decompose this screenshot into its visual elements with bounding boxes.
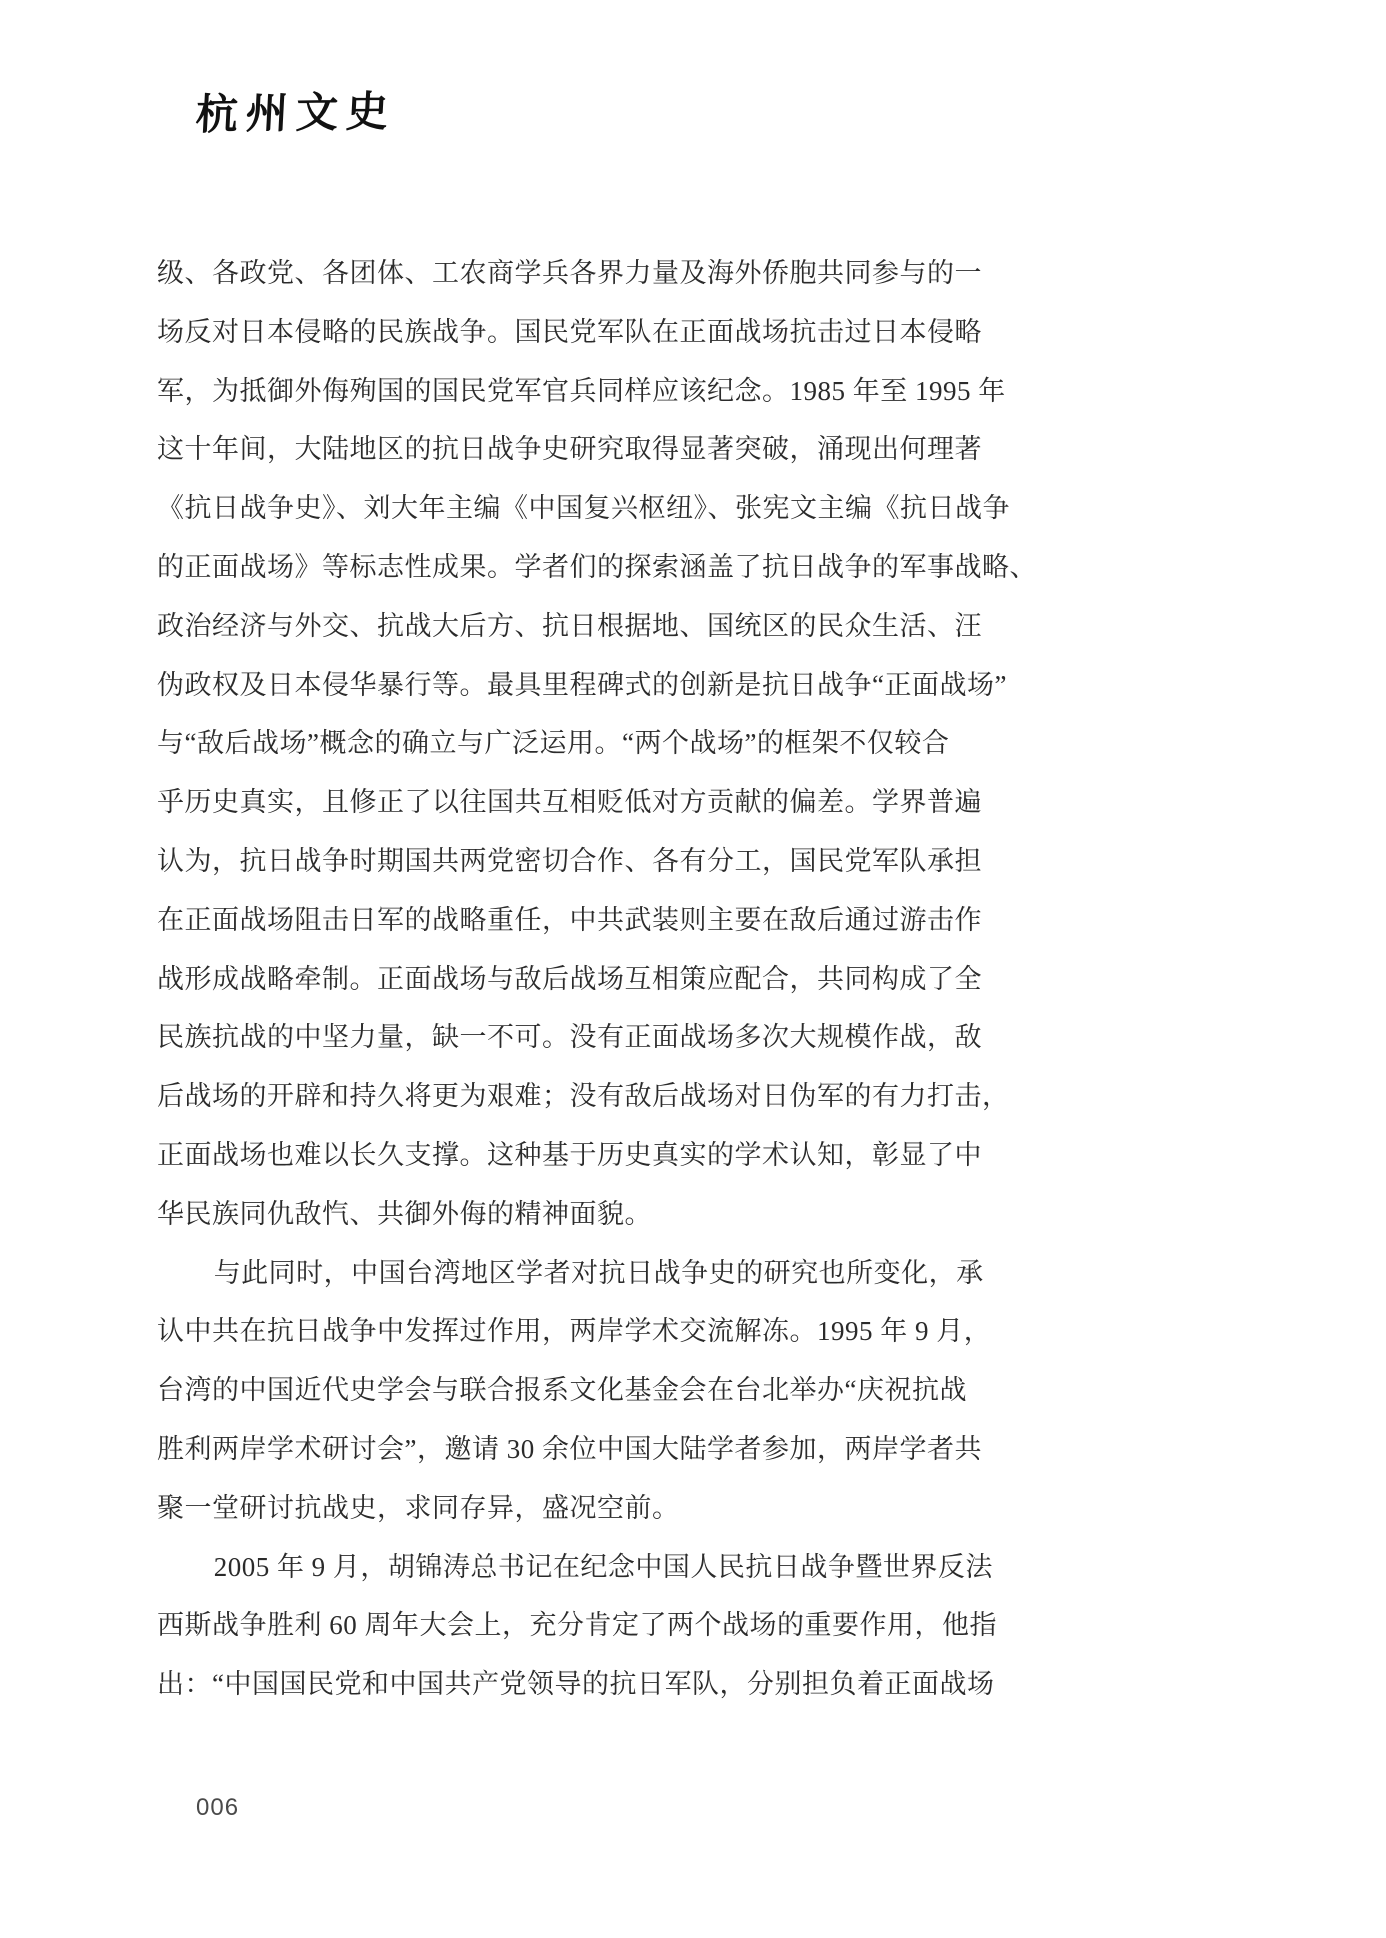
text-line: 这十年间，大陆地区的抗日战争史研究取得显著突破，涌现出何理著 [157,420,933,479]
text-line: 2005 年 9 月，胡锦涛总书记在纪念中国人民抗日战争暨世界反法 [157,1538,933,1597]
text-line: 聚一堂研讨抗战史，求同存异，盛况空前。 [157,1479,933,1538]
text-line: 与此同时，中国台湾地区学者对抗日战争史的研究也所变化，承 [157,1244,933,1303]
text-line: 华民族同仇敌忾、共御外侮的精神面貌。 [157,1185,933,1244]
page-number: 006 [196,1794,239,1822]
text-line: 认中共在抗日战争中发挥过作用，两岸学术交流解冻。1995 年 9 月， [157,1302,933,1361]
text-line: 认为，抗日战争时期国共两党密切合作、各有分工，国民党军队承担 [157,832,933,891]
text-line: 正面战场也难以长久支撑。这种基于历史真实的学术认知，彰显了中 [157,1126,933,1185]
text-line: 民族抗战的中坚力量，缺一不可。没有正面战场多次大规模作战，敌 [157,1008,933,1067]
text-line: 台湾的中国近代史学会与联合报系文化基金会在台北举办“庆祝抗战 [157,1361,933,1420]
text-line: 与“敌后战场”概念的确立与广泛运用。“两个战场”的框架不仅较合 [157,714,933,773]
text-line: 西斯战争胜利 60 周年大会上，充分肯定了两个战场的重要作用，他指 [157,1596,933,1655]
text-line: 在正面战场阻击日军的战略重任，中共武装则主要在敌后通过游击作 [157,891,933,950]
text-line: 乎历史真实，且修正了以往国共互相贬低对方贡献的偏差。学界普遍 [157,773,933,832]
header-logo: 杭州文史 [194,79,397,142]
text-line: 后战场的开辟和持久将更为艰难；没有敌后战场对日伪军的有力打击， [157,1067,933,1126]
text-line: 政治经济与外交、抗战大后方、抗日根据地、国统区的民众生活、汪 [157,597,933,656]
text-line: 级、各政党、各团体、工农商学兵各界力量及海外侨胞共同参与的一 [157,244,933,303]
body-text-column: 级、各政党、各团体、工农商学兵各界力量及海外侨胞共同参与的一场反对日本侵略的民族… [157,244,933,1714]
book-page: 杭州文史 级、各政党、各团体、工农商学兵各界力量及海外侨胞共同参与的一场反对日本… [0,0,1386,1938]
text-line: 军，为抵御外侮殉国的国民党军官兵同样应该纪念。1985 年至 1995 年 [157,362,933,421]
text-line: 战形成战略牵制。正面战场与敌后战场互相策应配合，共同构成了全 [157,950,933,1009]
text-line: 场反对日本侵略的民族战争。国民党军队在正面战场抗击过日本侵略 [157,303,933,362]
text-line: 的正面战场》等标志性成果。学者们的探索涵盖了抗日战争的军事战略、 [157,538,933,597]
text-line: 胜利两岸学术研讨会”，邀请 30 余位中国大陆学者参加，两岸学者共 [157,1420,933,1479]
text-line: 《抗日战争史》、刘大年主编《中国复兴枢纽》、张宪文主编《抗日战争 [157,479,933,538]
text-line: 出：“中国国民党和中国共产党领导的抗日军队，分别担负着正面战场 [157,1655,933,1714]
text-line: 伪政权及日本侵华暴行等。最具里程碑式的创新是抗日战争“正面战场” [157,656,933,715]
